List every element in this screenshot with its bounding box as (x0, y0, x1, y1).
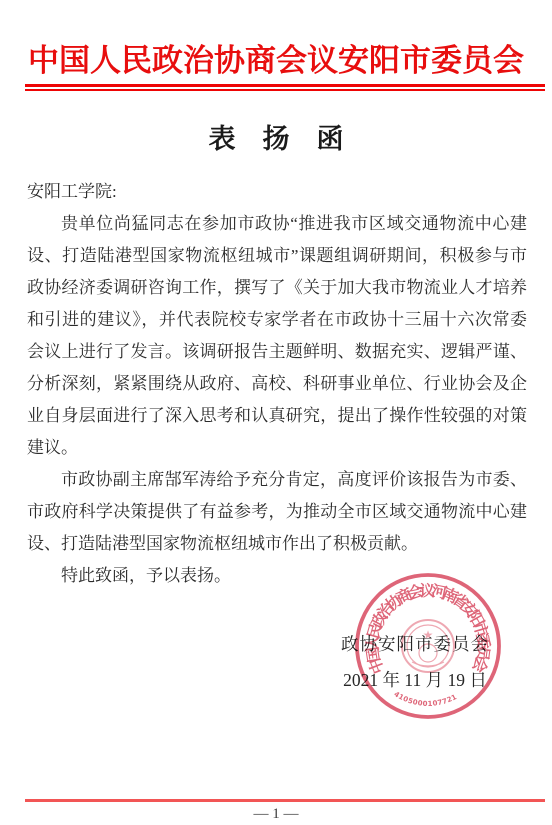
page-number: — 1 — (0, 803, 552, 825)
salutation: 安阳工学院: (27, 176, 527, 208)
emblem-star-icon: ★ (423, 628, 434, 642)
cppcc-emblem: ★ (402, 620, 454, 672)
paragraph-2: 市政协副主席郜军涛给予充分肯定，高度评价该报告为市委、市政府科学决策提供了有益参… (27, 464, 527, 560)
letter-body: 安阳工学院: 贵单位尚猛同志在参加市政协“推进我市区域交通物流中心建设、打造陆港… (27, 176, 527, 592)
footer-divider (25, 799, 545, 802)
commendation-letter-page: 中国人民政治协商会议安阳市委员会 表 扬 函 安阳工学院: 贵单位尚猛同志在参加… (0, 0, 552, 825)
letterhead-divider (25, 84, 545, 91)
paragraph-1: 贵单位尚猛同志在参加市政协“推进我市区域交通物流中心建设、打造陆港型国家物流枢纽… (27, 208, 527, 464)
official-seal-stamp: ★ 中国人民政治协商会议河南省安阳市委员会 4105000107721 (352, 570, 504, 722)
seal-serial-number: 4105000107721 (392, 690, 458, 708)
letterhead-org-name: 中国人民政治协商会议安阳市委员会 (0, 38, 552, 84)
letter-title: 表 扬 函 (0, 118, 552, 160)
svg-text:4105000107721: 4105000107721 (392, 690, 458, 708)
